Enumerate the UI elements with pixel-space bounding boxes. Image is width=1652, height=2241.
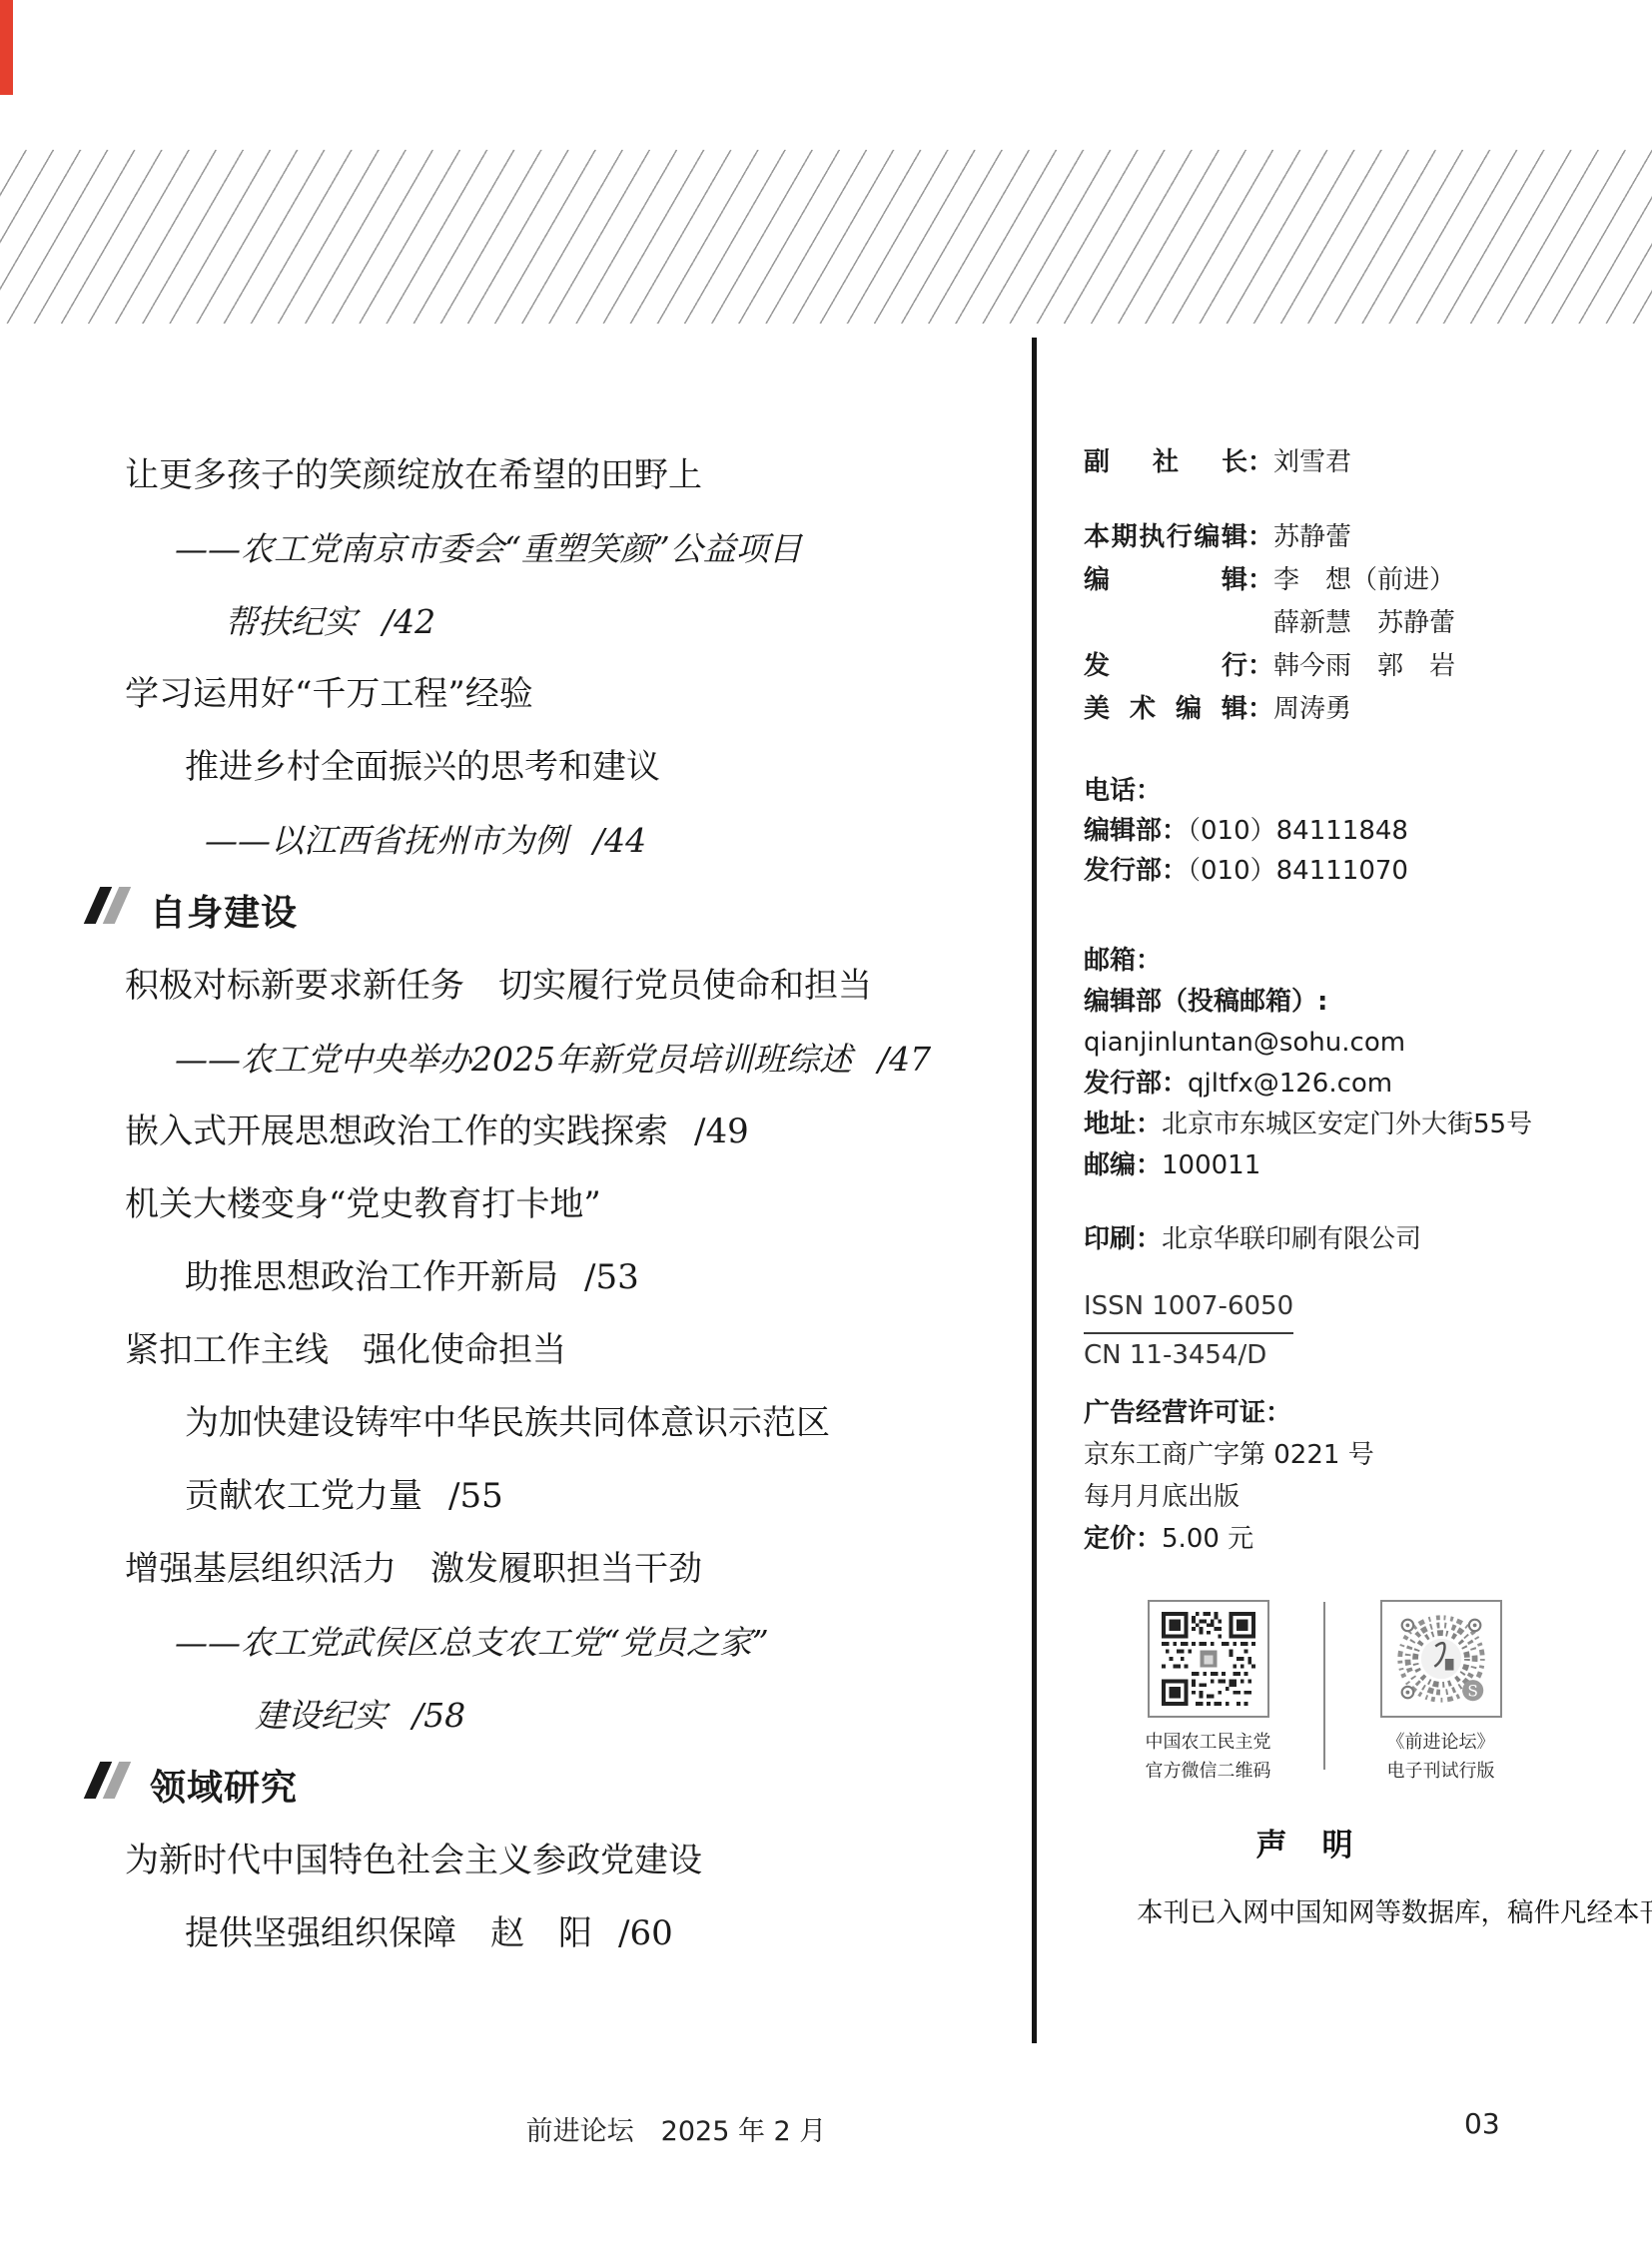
footer-page-number: 03 (1464, 2107, 1500, 2140)
price-row: 定价：5.00 元 (1084, 1518, 1565, 1560)
toc-subentry: ——农工党南京市委会“重塑笑颜”公益项目 (125, 512, 1029, 585)
page-ref: /60 (618, 1913, 673, 1953)
qr-divider (1323, 1602, 1325, 1770)
mail-distribution-row: 发行部：qjltfx@126.com (1084, 1064, 1565, 1105)
table-of-contents: 让更多孩子的笑颜绽放在希望的田野上 ——农工党南京市委会“重塑笑颜”公益项目 帮… (125, 439, 1029, 1970)
toc-entry: 嵌入式开展思想政治工作的实践探索/49 (125, 1096, 1029, 1168)
wechat-qr-code-image (1161, 1612, 1256, 1706)
toc-entry: 推进乡村全面振兴的思考和建议 (125, 731, 1029, 804)
qr-codes-section: 中国农工民主党 官方微信二维码 (1084, 1600, 1565, 1786)
wechat-qr-frame (1148, 1600, 1269, 1718)
page-ref: /53 (584, 1257, 639, 1297)
toc-entry: 机关大楼变身“党史教育打卡地” (125, 1168, 1029, 1241)
editor-row-continued: 薛新慧 苏静蕾 (1084, 602, 1565, 645)
toc-entry: 助推思想政治工作开新局/53 (125, 1241, 1029, 1314)
magazine-contents-page: 让更多孩子的笑颜绽放在希望的田野上 ——农工党南京市委会“重塑笑颜”公益项目 帮… (0, 0, 1652, 2241)
wechat-qr-caption: 中国农工民主党 官方微信二维码 (1146, 1728, 1271, 1786)
page-ref: /58 (413, 1696, 465, 1735)
editors-block: 本期执行编辑：苏静蕾 编辑：李 想（前进） 薛新慧 苏静蕾 发行：韩今雨 郭 岩… (1084, 516, 1565, 731)
phone-distribution-row: 发行部：（010）84111070 (1084, 851, 1565, 891)
toc-entry: 为加快建设铸牢中华民族共同体意识示范区 (125, 1387, 1029, 1460)
toc-subentry: 帮扶纪实/42 (125, 585, 1029, 658)
toc-section-header: 领域研究 (92, 1752, 1029, 1825)
ejournal-qr-frame: S (1380, 1600, 1502, 1718)
executive-editor-row: 本期执行编辑：苏静蕾 (1084, 516, 1565, 559)
section-slashes-icon (92, 1752, 123, 1825)
page-ref: /49 (694, 1112, 749, 1151)
page-ref: /55 (448, 1476, 503, 1516)
toc-subentry: ——农工党武侯区总支农工党“党员之家” (125, 1606, 1029, 1679)
section-slashes-icon (92, 877, 123, 950)
toc-entry: 为新时代中国特色社会主义参政党建设 (125, 1825, 1029, 1897)
toc-subentry: ——以江西省抚州市为例/44 (125, 804, 1029, 877)
ejournal-qr-caption: 《前进论坛》 电子刊试行版 (1387, 1728, 1495, 1786)
ad-license-number: 京东工商广字第 0221 号 (1084, 1434, 1565, 1476)
toc-section-header: 自身建设 (92, 877, 1029, 950)
footer-journal-date: 前进论坛 2025 年 2 月 (377, 2109, 976, 2148)
toc-entry: 让更多孩子的笑颜绽放在希望的田野上 (125, 439, 1029, 512)
page-ref: /44 (593, 821, 646, 860)
spine-color-bar (0, 0, 13, 95)
distribution-row: 发行：韩今雨 郭 岩 (1084, 645, 1565, 688)
publication-schedule: 每月月底出版 (1084, 1476, 1565, 1518)
page-ref: /47 (878, 1040, 931, 1079)
mail-submission-address: qianjinluntan@sohu.com (1084, 1023, 1565, 1064)
ad-license-heading: 广告经营许可证： (1084, 1392, 1565, 1434)
cn-number: CN 11-3454/D (1084, 1334, 1565, 1377)
editor-row: 编辑：李 想（前进） (1084, 559, 1565, 602)
mail-heading: 邮箱： (1084, 941, 1565, 982)
toc-entry: 学习运用好“千万工程”经验 (125, 658, 1029, 731)
page-ref: /42 (383, 602, 435, 641)
art-editor-row: 美术编辑：周涛勇 (1084, 688, 1565, 731)
address-row: 地址：北京市东城区安定门外大街55号 (1084, 1105, 1565, 1145)
license-block: 广告经营许可证： 京东工商广字第 0221 号 每月月底出版 定价：5.00 元 (1084, 1392, 1565, 1560)
phone-heading: 电话： (1084, 771, 1565, 811)
phone-block: 电话： 编辑部：（010）84111848 发行部：（010）84111070 (1084, 771, 1565, 891)
statement-title: 声 明 (1084, 1826, 1527, 1866)
masthead-column: 副社长：刘雪君 本期执行编辑：苏静蕾 编辑：李 想（前进） 薛新慧 苏静蕾 发行… (1084, 0, 1565, 2241)
statement-body: 本刊已入网中国知网等数据库，稿件凡经本刊使用，如无特殊声明，即视作版权所有者同意… (1084, 1891, 1527, 1934)
mail-block: 邮箱： 编辑部（投稿邮箱）: qianjinluntan@sohu.com 发行… (1084, 941, 1565, 1186)
statement-block: 声 明 本刊已入网中国知网等数据库，稿件凡经本刊使用，如无特殊声明，即视作版权所… (1084, 1826, 1527, 1934)
toc-entry: 紧扣工作主线 强化使命担当 (125, 1314, 1029, 1387)
printer-row: 印刷：北京华联印刷有限公司 (1084, 1218, 1565, 1260)
section-title: 领域研究 (150, 1752, 298, 1825)
zip-row: 邮编：100011 (1084, 1145, 1565, 1186)
ejournal-qr-unit: S 《前进论坛》 电子刊试行版 (1353, 1600, 1528, 1786)
issn-block: ISSN 1007-6050 CN 11-3454/D (1084, 1285, 1565, 1377)
toc-entry: 增强基层组织活力 激发履职担当干劲 (125, 1533, 1029, 1606)
mail-submission-label: 编辑部（投稿邮箱）: (1084, 982, 1565, 1023)
toc-entry: 提供坚强组织保障 赵 阳/60 (125, 1897, 1029, 1970)
toc-subentry: 建设纪实/58 (125, 1679, 1029, 1752)
column-divider (1032, 338, 1037, 2043)
wechat-qr-unit: 中国农工民主党 官方微信二维码 (1121, 1600, 1295, 1786)
phone-editorial-row: 编辑部：（010）84111848 (1084, 811, 1565, 851)
deputy-publisher-row: 副社长：刘雪君 (1084, 441, 1565, 484)
section-title: 自身建设 (150, 877, 298, 950)
ejournal-qr-code-image: S (1393, 1611, 1489, 1707)
issn-number: ISSN 1007-6050 (1084, 1285, 1293, 1334)
toc-entry: 贡献农工党力量/55 (125, 1460, 1029, 1533)
toc-subentry: ——农工党中央举办2025年新党员培训班综述/47 (125, 1023, 1029, 1096)
svg-text:S: S (1467, 1682, 1478, 1700)
toc-entry: 积极对标新要求新任务 切实履行党员使命和担当 (125, 950, 1029, 1023)
